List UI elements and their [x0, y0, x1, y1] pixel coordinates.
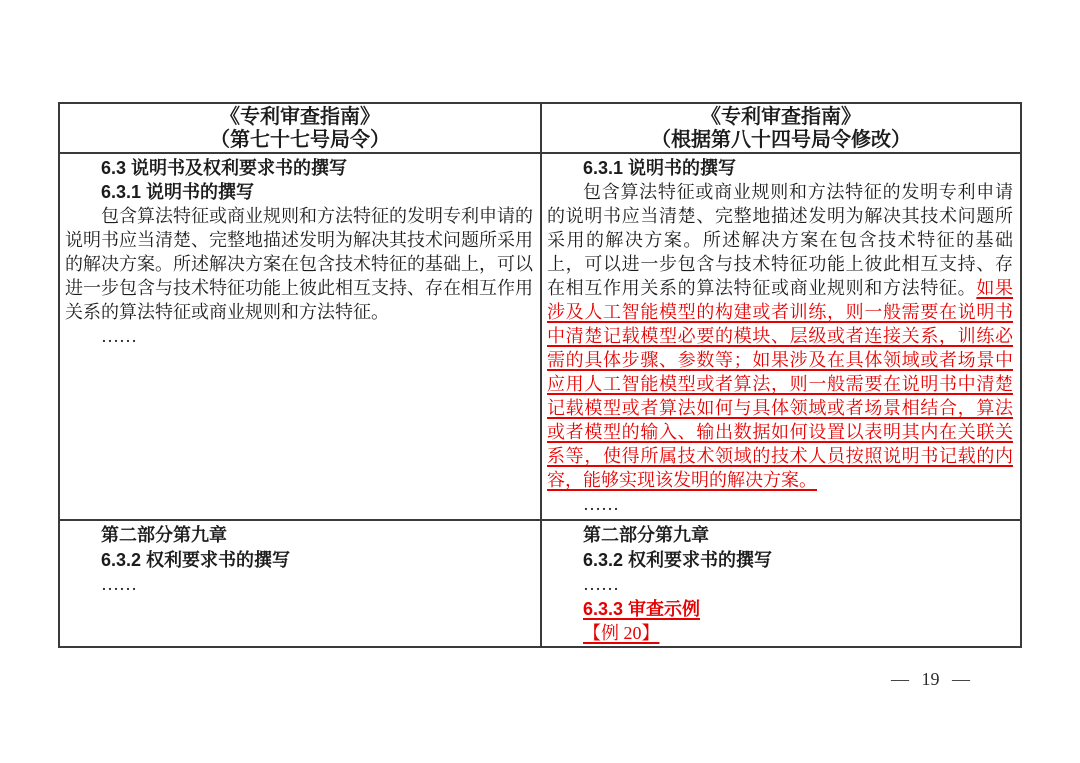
table-header-row: 《专利审查指南》 （第七十七号局令） 《专利审查指南》 （根据第八十四号局令修改… — [59, 103, 1021, 153]
new-guide-title: 《专利审查指南》 — [542, 106, 1020, 129]
new-guide-subtitle: （根据第八十四号局令修改） — [542, 129, 1020, 152]
new-text-cell-1-content: 6.3.1 说明书的撰写 包含算法特征或商业规则和方法特征的发明专利申请的说明书… — [542, 154, 1020, 519]
new-section-heading-6-3-1: 6.3.1 说明书的撰写 — [547, 156, 1013, 180]
new-text-cell-2-content: 第二部分第九章 6.3.2 权利要求书的撰写 …… 6.3.3 审查示例 【例 … — [542, 521, 1020, 646]
old-text-cell-2: 第二部分第九章 6.3.2 权利要求书的撰写 …… — [59, 520, 541, 647]
header-cell-new: 《专利审查指南》 （根据第八十四号局令修改） — [541, 103, 1021, 153]
old-text-cell-1: 6.3 说明书及权利要求书的撰写 6.3.1 说明书的撰写 包含算法特征或商业规… — [59, 153, 541, 520]
page-number: — 19 — — [891, 669, 970, 690]
new-paragraph-unchanged-text: 包含算法特征或商业规则和方法特征的发明专利申请的说明书应当清楚、完整地描述发明为… — [547, 182, 1013, 298]
new-ellipsis-1: …… — [547, 492, 1013, 516]
table-body-row-2: 第二部分第九章 6.3.2 权利要求书的撰写 …… 第二部分第九章 6.3.2 … — [59, 520, 1021, 647]
new-description-paragraph: 包含算法特征或商业规则和方法特征的发明专利申请的说明书应当清楚、完整地描述发明为… — [547, 180, 1013, 492]
new-section-heading-6-3-2: 6.3.2 权利要求书的撰写 — [547, 548, 1013, 573]
header-cell-old-content: 《专利审查指南》 （第七十七号局令） — [60, 104, 540, 152]
document-page: 《专利审查指南》 （第七十七号局令） 《专利审查指南》 （根据第八十四号局令修改… — [0, 0, 1080, 763]
old-text-cell-1-content: 6.3 说明书及权利要求书的撰写 6.3.1 说明书的撰写 包含算法特征或商业规… — [60, 154, 540, 519]
guideline-comparison-table: 《专利审查指南》 （第七十七号局令） 《专利审查指南》 （根据第八十四号局令修改… — [58, 102, 1022, 648]
old-text-cell-2-content: 第二部分第九章 6.3.2 权利要求书的撰写 …… — [60, 521, 540, 646]
old-section-heading-6-3-1: 6.3.1 说明书的撰写 — [65, 180, 533, 204]
old-ellipsis-1: …… — [65, 324, 533, 348]
new-text-cell-2: 第二部分第九章 6.3.2 权利要求书的撰写 …… 6.3.3 审查示例 【例 … — [541, 520, 1021, 647]
old-guide-subtitle: （第七十七号局令） — [60, 129, 540, 152]
new-added-example-20: 【例 20】 — [547, 621, 1013, 646]
new-text-cell-1: 6.3.1 说明书的撰写 包含算法特征或商业规则和方法特征的发明专利申请的说明书… — [541, 153, 1021, 520]
old-section-heading-6-3: 6.3 说明书及权利要求书的撰写 — [65, 156, 533, 180]
new-added-heading-6-3-3: 6.3.3 审查示例 — [547, 597, 1013, 622]
new-paragraph-added-text: 如果涉及人工智能模型的构建或者训练，则一般需要在说明书中清楚记载模型必要的模块、… — [547, 278, 1013, 490]
new-ellipsis-2: …… — [547, 572, 1013, 597]
old-guide-title: 《专利审查指南》 — [60, 106, 540, 129]
old-part-chapter-line: 第二部分第九章 — [65, 523, 533, 548]
new-part-chapter-line: 第二部分第九章 — [547, 523, 1013, 548]
old-ellipsis-2: …… — [65, 572, 533, 597]
old-description-paragraph: 包含算法特征或商业规则和方法特征的发明专利申请的说明书应当清楚、完整地描述发明为… — [65, 204, 533, 324]
table-body-row-1: 6.3 说明书及权利要求书的撰写 6.3.1 说明书的撰写 包含算法特征或商业规… — [59, 153, 1021, 520]
header-cell-old: 《专利审查指南》 （第七十七号局令） — [59, 103, 541, 153]
header-cell-new-content: 《专利审查指南》 （根据第八十四号局令修改） — [542, 104, 1020, 152]
old-section-heading-6-3-2: 6.3.2 权利要求书的撰写 — [65, 548, 533, 573]
